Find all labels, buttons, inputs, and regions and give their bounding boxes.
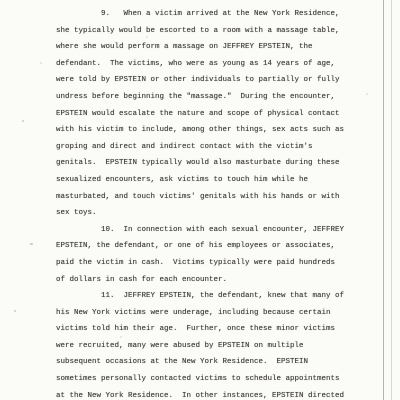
scan-noise-speck — [30, 243, 33, 245]
text-line: with his victim to include, among other … — [56, 122, 344, 139]
scan-noise-speck — [366, 93, 368, 95]
text-line: of dollars in cash for each encounter. — [56, 272, 344, 289]
scan-noise-speck — [40, 62, 42, 64]
text-line: genitals. EPSTEIN typically would also m… — [56, 155, 344, 172]
scan-noise-speck — [14, 310, 16, 312]
text-line: his New York victims were underage, incl… — [56, 305, 344, 322]
text-line: subsequent occasions at the New York Res… — [56, 354, 344, 371]
text-line: were told by EPSTEIN or other individual… — [56, 72, 344, 89]
document-text: 9. When a victim arrived at the New York… — [56, 6, 344, 400]
text-line: 11. JEFFREY EPSTEIN, the defendant, knew… — [56, 288, 344, 305]
text-line: masturbated, and touch victims' genitals… — [56, 189, 344, 206]
text-line: victims told him their age. Further, onc… — [56, 321, 344, 338]
text-line: EPSTEIN, the defendant, or one of his em… — [56, 238, 344, 255]
scan-artifact-line — [391, 0, 392, 400]
text-line: sometimes personally contacted victims t… — [56, 371, 344, 388]
text-line: sex toys. — [56, 205, 344, 222]
text-line: 10. In connection with each sexual encou… — [56, 222, 344, 239]
scan-noise-speck — [146, 36, 148, 38]
scan-noise-speck — [22, 120, 24, 122]
text-line: at the New York Residence. In other inst… — [56, 388, 344, 400]
scanned-document-page: 9. When a victim arrived at the New York… — [0, 0, 400, 400]
text-line: paid the victim in cash. Victims typical… — [56, 255, 344, 272]
text-line: groping and direct and indirect contact … — [56, 139, 344, 156]
text-line: undress before beginning the "massage." … — [56, 89, 344, 106]
text-line: 9. When a victim arrived at the New York… — [56, 6, 344, 23]
text-line: sexualized encounters, ask victims to to… — [56, 172, 344, 189]
scan-artifact-line — [383, 0, 384, 400]
scan-noise-speck — [120, 336, 122, 338]
text-line: EPSTEIN would escalate the nature and sc… — [56, 106, 344, 123]
text-line: were recruited, many were abused by EPST… — [56, 338, 344, 355]
text-line: she typically would be escorted to a roo… — [56, 23, 344, 40]
text-line: defendant. The victims, who were as youn… — [56, 56, 344, 73]
text-line: where she would perform a massage on JEF… — [56, 39, 344, 56]
